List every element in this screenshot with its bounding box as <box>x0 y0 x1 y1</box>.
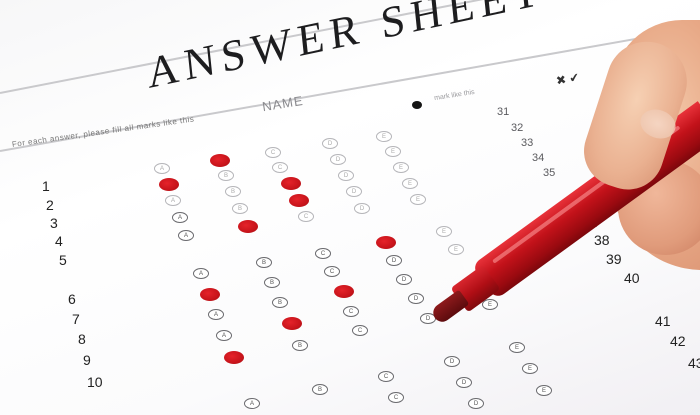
question-number: 6 <box>68 291 76 307</box>
answer-bubble-e[interactable]: E <box>402 178 418 189</box>
answer-bubble-d[interactable]: D <box>386 255 402 266</box>
question-number: 3 <box>50 215 58 231</box>
question-number: 8 <box>78 331 86 347</box>
answer-bubble-e[interactable]: E <box>536 385 552 396</box>
answer-bubble-e[interactable]: E <box>448 244 464 255</box>
check-marks: ✖ ✔ <box>555 70 581 88</box>
filled-answer-mark <box>282 317 302 330</box>
answer-bubble-b[interactable]: B <box>232 203 248 214</box>
answer-bubble-b[interactable]: B <box>292 340 308 351</box>
answer-bubble-e[interactable]: E <box>393 162 409 173</box>
answer-bubble-a[interactable]: A <box>154 163 170 174</box>
question-number: 9 <box>83 352 91 368</box>
answer-bubble-c[interactable]: C <box>298 211 314 222</box>
legend-text: mark like this <box>434 89 475 102</box>
filled-answer-mark <box>159 178 179 191</box>
question-number: 4 <box>55 233 63 249</box>
answer-bubble-d[interactable]: D <box>338 170 354 181</box>
sheet-title: ANSWER SHEET <box>145 0 547 99</box>
answer-bubble-d[interactable]: D <box>346 186 362 197</box>
answer-bubble-a[interactable]: A <box>172 212 188 223</box>
answer-bubble-d[interactable]: D <box>330 154 346 165</box>
answer-bubble-d[interactable]: D <box>456 377 472 388</box>
question-number: 39 <box>606 251 622 267</box>
name-label: NAME <box>261 93 304 114</box>
answer-bubble-c[interactable]: C <box>343 306 359 317</box>
filled-answer-mark <box>238 220 258 233</box>
question-number: 1 <box>42 178 50 194</box>
legend-filled-dot-icon <box>412 101 422 109</box>
filled-answer-mark <box>376 236 396 249</box>
answer-bubble-a[interactable]: A <box>193 268 209 279</box>
answer-bubble-d[interactable]: D <box>354 203 370 214</box>
answer-bubble-a[interactable]: A <box>208 309 224 320</box>
question-number: 35 <box>543 167 555 179</box>
answer-bubble-e[interactable]: E <box>376 131 392 142</box>
question-number: 41 <box>655 313 671 329</box>
question-number: 40 <box>624 270 640 286</box>
question-number: 43 <box>688 355 700 371</box>
answer-bubble-a[interactable]: A <box>178 230 194 241</box>
answer-sheet-photo: ANSWER SHEET NAME mark like this ✖ ✔ For… <box>0 0 700 415</box>
filled-answer-mark <box>289 194 309 207</box>
answer-bubble-a[interactable]: A <box>165 195 181 206</box>
answer-bubble-e[interactable]: E <box>436 226 452 237</box>
answer-bubble-d[interactable]: D <box>322 138 338 149</box>
question-number: 31 <box>497 106 509 118</box>
question-number: 7 <box>72 311 80 327</box>
question-number: 10 <box>87 374 103 390</box>
answer-bubble-c[interactable]: C <box>315 248 331 259</box>
answer-bubble-d[interactable]: D <box>396 274 412 285</box>
filled-answer-mark <box>334 285 354 298</box>
answer-bubble-b[interactable]: B <box>272 297 288 308</box>
answer-bubble-b[interactable]: B <box>264 277 280 288</box>
answer-bubble-d[interactable]: D <box>468 398 484 409</box>
answer-bubble-c[interactable]: C <box>388 392 404 403</box>
answer-bubble-e[interactable]: E <box>385 146 401 157</box>
answer-bubble-c[interactable]: C <box>324 266 340 277</box>
answer-bubble-c[interactable]: C <box>272 162 288 173</box>
filled-answer-mark <box>200 288 220 301</box>
question-number: 32 <box>511 122 523 134</box>
answer-bubble-d[interactable]: D <box>444 356 460 367</box>
answer-bubble-a[interactable]: A <box>244 398 260 409</box>
answer-bubble-a[interactable]: A <box>216 330 232 341</box>
question-number: 5 <box>59 252 67 268</box>
instructions-text: For each answer, please fill all marks l… <box>11 114 195 149</box>
filled-answer-mark <box>281 177 301 190</box>
answer-bubble-b[interactable]: B <box>312 384 328 395</box>
question-number: 38 <box>594 232 610 248</box>
question-number: 2 <box>46 197 54 213</box>
answer-bubble-b[interactable]: B <box>225 186 241 197</box>
filled-answer-mark <box>224 351 244 364</box>
answer-bubble-e[interactable]: E <box>509 342 525 353</box>
answer-bubble-c[interactable]: C <box>265 147 281 158</box>
answer-bubble-c[interactable]: C <box>352 325 368 336</box>
question-number: 33 <box>521 137 533 149</box>
answer-bubble-c[interactable]: C <box>378 371 394 382</box>
answer-bubble-b[interactable]: B <box>218 170 234 181</box>
answer-bubble-b[interactable]: B <box>256 257 272 268</box>
filled-answer-mark <box>210 154 230 167</box>
question-number: 42 <box>670 333 686 349</box>
answer-bubble-e[interactable]: E <box>522 363 538 374</box>
answer-bubble-e[interactable]: E <box>410 194 426 205</box>
question-number: 34 <box>532 152 544 164</box>
